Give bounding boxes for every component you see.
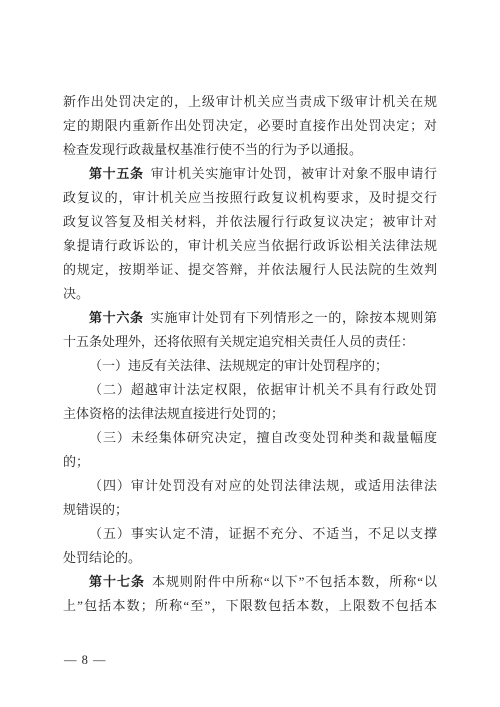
- page-number: — 8 —: [64, 651, 107, 669]
- text-line: 的规定，按期举证、提交答辩，并依法履行人民法院的生效判: [63, 258, 437, 282]
- article-text: 实施审计处罚有下列情形之一的，除按本规则第: [151, 310, 437, 325]
- text-line: 主体资格的法律法规直接进行处罚的；: [63, 402, 437, 426]
- article-text: 本规则附件中所称“以下”不包括本数，所称“以: [152, 574, 437, 589]
- document-body-text: 新作出处罚决定的，上级审计机关应当责成下级审计机关在规 定的期限内重新作出处罚决…: [63, 90, 437, 618]
- text-line-article-16: 第十六条实施审计处罚有下列情形之一的，除按本规则第: [63, 306, 437, 330]
- document-page: 新作出处罚决定的，上级审计机关应当责成下级审计机关在规 定的期限内重新作出处罚决…: [0, 0, 500, 707]
- article-number: 第十六条: [89, 310, 144, 325]
- text-line-article-17: 第十七条本规则附件中所称“以下”不包括本数，所称“以: [63, 570, 437, 594]
- text-line: 规错误的；: [63, 498, 437, 522]
- text-line: 象提请行政诉讼的，审计机关应当依据行政诉讼相关法律法规: [63, 234, 437, 258]
- article-number: 第十五条: [89, 166, 144, 181]
- text-line: 检查发现行政裁量权基准行使不当的行为予以通报。: [63, 138, 437, 162]
- text-line-item-2: （二）超越审计法定权限，依据审计机关不具有行政处罚: [63, 378, 437, 402]
- text-line: 上”包括本数；所称“至”，下限数包括本数，上限数不包括本: [63, 594, 437, 618]
- text-line-item-4: （四）审计处罚没有对应的处罚法律法规，或适用法律法: [63, 474, 437, 498]
- text-line: 定的期限内重新作出处罚决定，必要时直接作出处罚决定；对: [63, 114, 437, 138]
- text-line: 政复议答复及相关材料，并依法履行行政复议决定；被审计对: [63, 210, 437, 234]
- text-line: 十五条处理外，还将依照有关规定追究相关责任人员的责任：: [63, 330, 437, 354]
- text-line: 新作出处罚决定的，上级审计机关应当责成下级审计机关在规: [63, 90, 437, 114]
- text-line: 的；: [63, 450, 437, 474]
- text-line-item-5: （五）事实认定不清，证据不充分、不适当，不足以支撑: [63, 522, 437, 546]
- text-line: 处罚结论的。: [63, 546, 437, 570]
- text-line: 决。: [63, 282, 437, 306]
- text-line-item-1: （一）违反有关法律、法规规定的审计处罚程序的；: [63, 354, 437, 378]
- article-text: 审计机关实施审计处罚，被审计对象不服申请行: [151, 166, 437, 181]
- text-line-article-15: 第十五条审计机关实施审计处罚，被审计对象不服申请行: [63, 162, 437, 186]
- text-line: 政复议的，审计机关应当按照行政复议机构要求，及时提交行: [63, 186, 437, 210]
- text-line-item-3: （三）未经集体研究决定，擅自改变处罚种类和裁量幅度: [63, 426, 437, 450]
- article-number: 第十七条: [89, 574, 145, 589]
